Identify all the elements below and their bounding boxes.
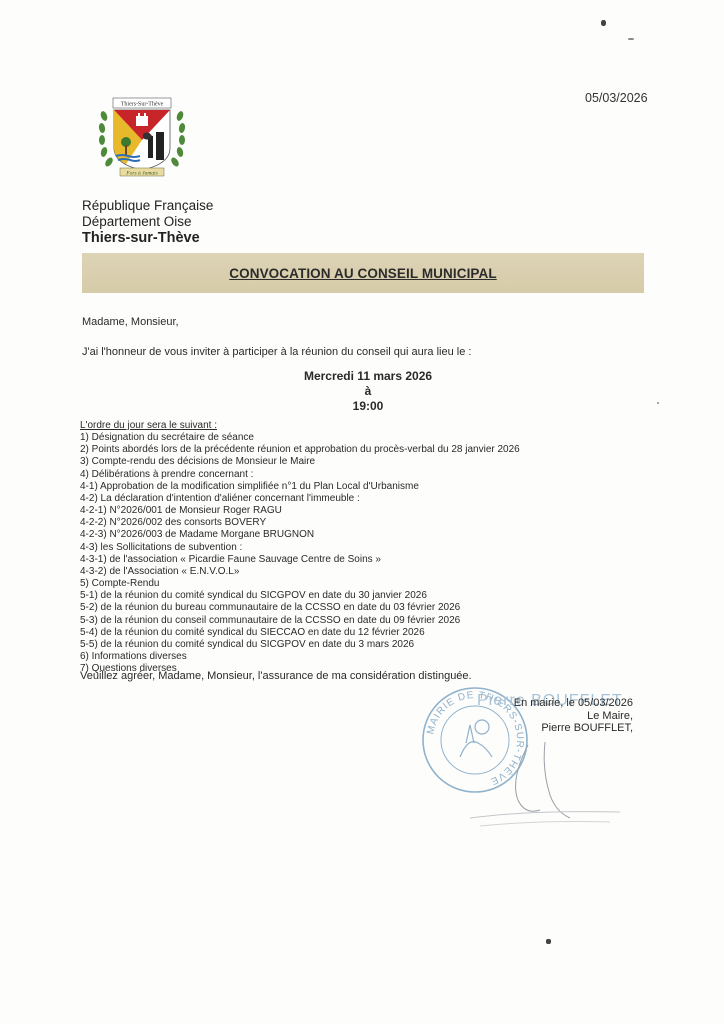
- title-banner: CONVOCATION AU CONSEIL MUNICIPAL: [82, 253, 644, 293]
- agenda-item: 1) Désignation du secrétaire de séance: [80, 432, 520, 444]
- letterhead: République Française Département Oise Th…: [82, 198, 213, 246]
- meeting-date: Mercredi 11 mars 2026: [0, 369, 724, 384]
- agenda-list: 1) Désignation du secrétaire de séance2)…: [80, 432, 520, 675]
- agenda-item: 4-2) La déclaration d'intention d'aliéne…: [80, 493, 520, 505]
- signature-place-date: En mairie, le 05/03/2026: [514, 697, 633, 710]
- closing-formula: Veuillez agréer, Madame, Monsieur, l'ass…: [80, 670, 472, 682]
- agenda-item: 5-5) de la réunion du comité syndical du…: [80, 639, 520, 651]
- agenda-item: 4-3) les Sollicitations de subvention :: [80, 542, 520, 554]
- agenda-item: 4-3-2) de l'Association « E.N.V.O.L»: [80, 566, 520, 578]
- meeting-time: 19:00: [0, 399, 724, 414]
- signature-block: En mairie, le 05/03/2026 Le Maire, Pierr…: [514, 697, 633, 735]
- agenda-item: 5-1) de la réunion du comité syndical du…: [80, 590, 520, 602]
- agenda-item: 4-3-1) de l'association « Picardie Faune…: [80, 554, 520, 566]
- agenda-title: L'ordre du jour sera le suivant :: [80, 420, 520, 432]
- agenda-item: 4-2-2) N°2026/002 des consorts BOVERY: [80, 517, 520, 529]
- agenda-item: 4-2-1) N°2026/001 de Monsieur Roger RAGU: [80, 505, 520, 517]
- department-line: Département Oise: [82, 214, 213, 230]
- document-date: 05/03/2026: [585, 91, 648, 105]
- coat-of-arms-logo: Thiers-Sur-Thève Fors à Jamais: [96, 96, 188, 178]
- scan-speck: [546, 939, 551, 944]
- signature-name: Pierre BOUFFLET,: [514, 722, 633, 735]
- agenda: L'ordre du jour sera le suivant : 1) Dés…: [80, 420, 520, 675]
- svg-text:Fors à Jamais: Fors à Jamais: [125, 171, 157, 177]
- agenda-item: 5-4) de la réunion du comité syndical du…: [80, 627, 520, 639]
- agenda-item: 6) Informations diverses: [80, 651, 520, 663]
- scan-speck: [601, 20, 606, 26]
- intro-text: J'ai l'honneur de vous inviter à partici…: [82, 346, 471, 358]
- agenda-item: 4-1) Approbation de la modification simp…: [80, 481, 520, 493]
- republic-line: République Française: [82, 198, 213, 214]
- commune-name: Thiers-sur-Thève: [82, 230, 213, 246]
- meeting-datetime: Mercredi 11 mars 2026 à 19:00: [0, 369, 724, 414]
- svg-text:Thiers-Sur-Thève: Thiers-Sur-Thève: [121, 102, 164, 108]
- salutation: Madame, Monsieur,: [82, 316, 179, 328]
- agenda-item: 5-2) de la réunion du bureau communautai…: [80, 602, 520, 614]
- agenda-item: 4-2-3) N°2026/003 de Madame Morgane BRUG…: [80, 529, 520, 541]
- meeting-connector: à: [0, 384, 724, 399]
- agenda-item: 4) Délibérations à prendre concernant :: [80, 469, 520, 481]
- agenda-item: 5) Compte-Rendu: [80, 578, 520, 590]
- signature-role: Le Maire,: [514, 710, 633, 723]
- document-title: CONVOCATION AU CONSEIL MUNICIPAL: [229, 266, 496, 281]
- scan-speck: [628, 38, 634, 40]
- agenda-item: 2) Points abordés lors de la précédente …: [80, 444, 520, 456]
- agenda-item: 3) Compte-rendu des décisions de Monsieu…: [80, 456, 520, 468]
- agenda-item: 5-3) de la réunion du conseil communauta…: [80, 615, 520, 627]
- handwritten-signature: [470, 740, 620, 830]
